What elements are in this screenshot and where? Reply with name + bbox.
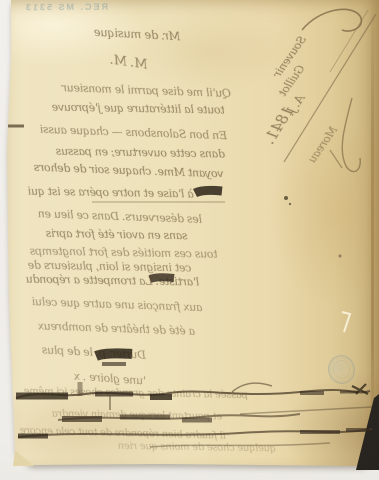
shelfmark-stamp: REC. MS 5313 bbox=[24, 2, 108, 13]
manuscript-scan: REC. MS 5313 Mr. de musiqueM. M. Qu'il m… bbox=[0, 0, 379, 480]
handwriting-body-line: sans en avoir été fort apris bbox=[46, 227, 188, 242]
vertical-crease bbox=[371, 0, 374, 430]
